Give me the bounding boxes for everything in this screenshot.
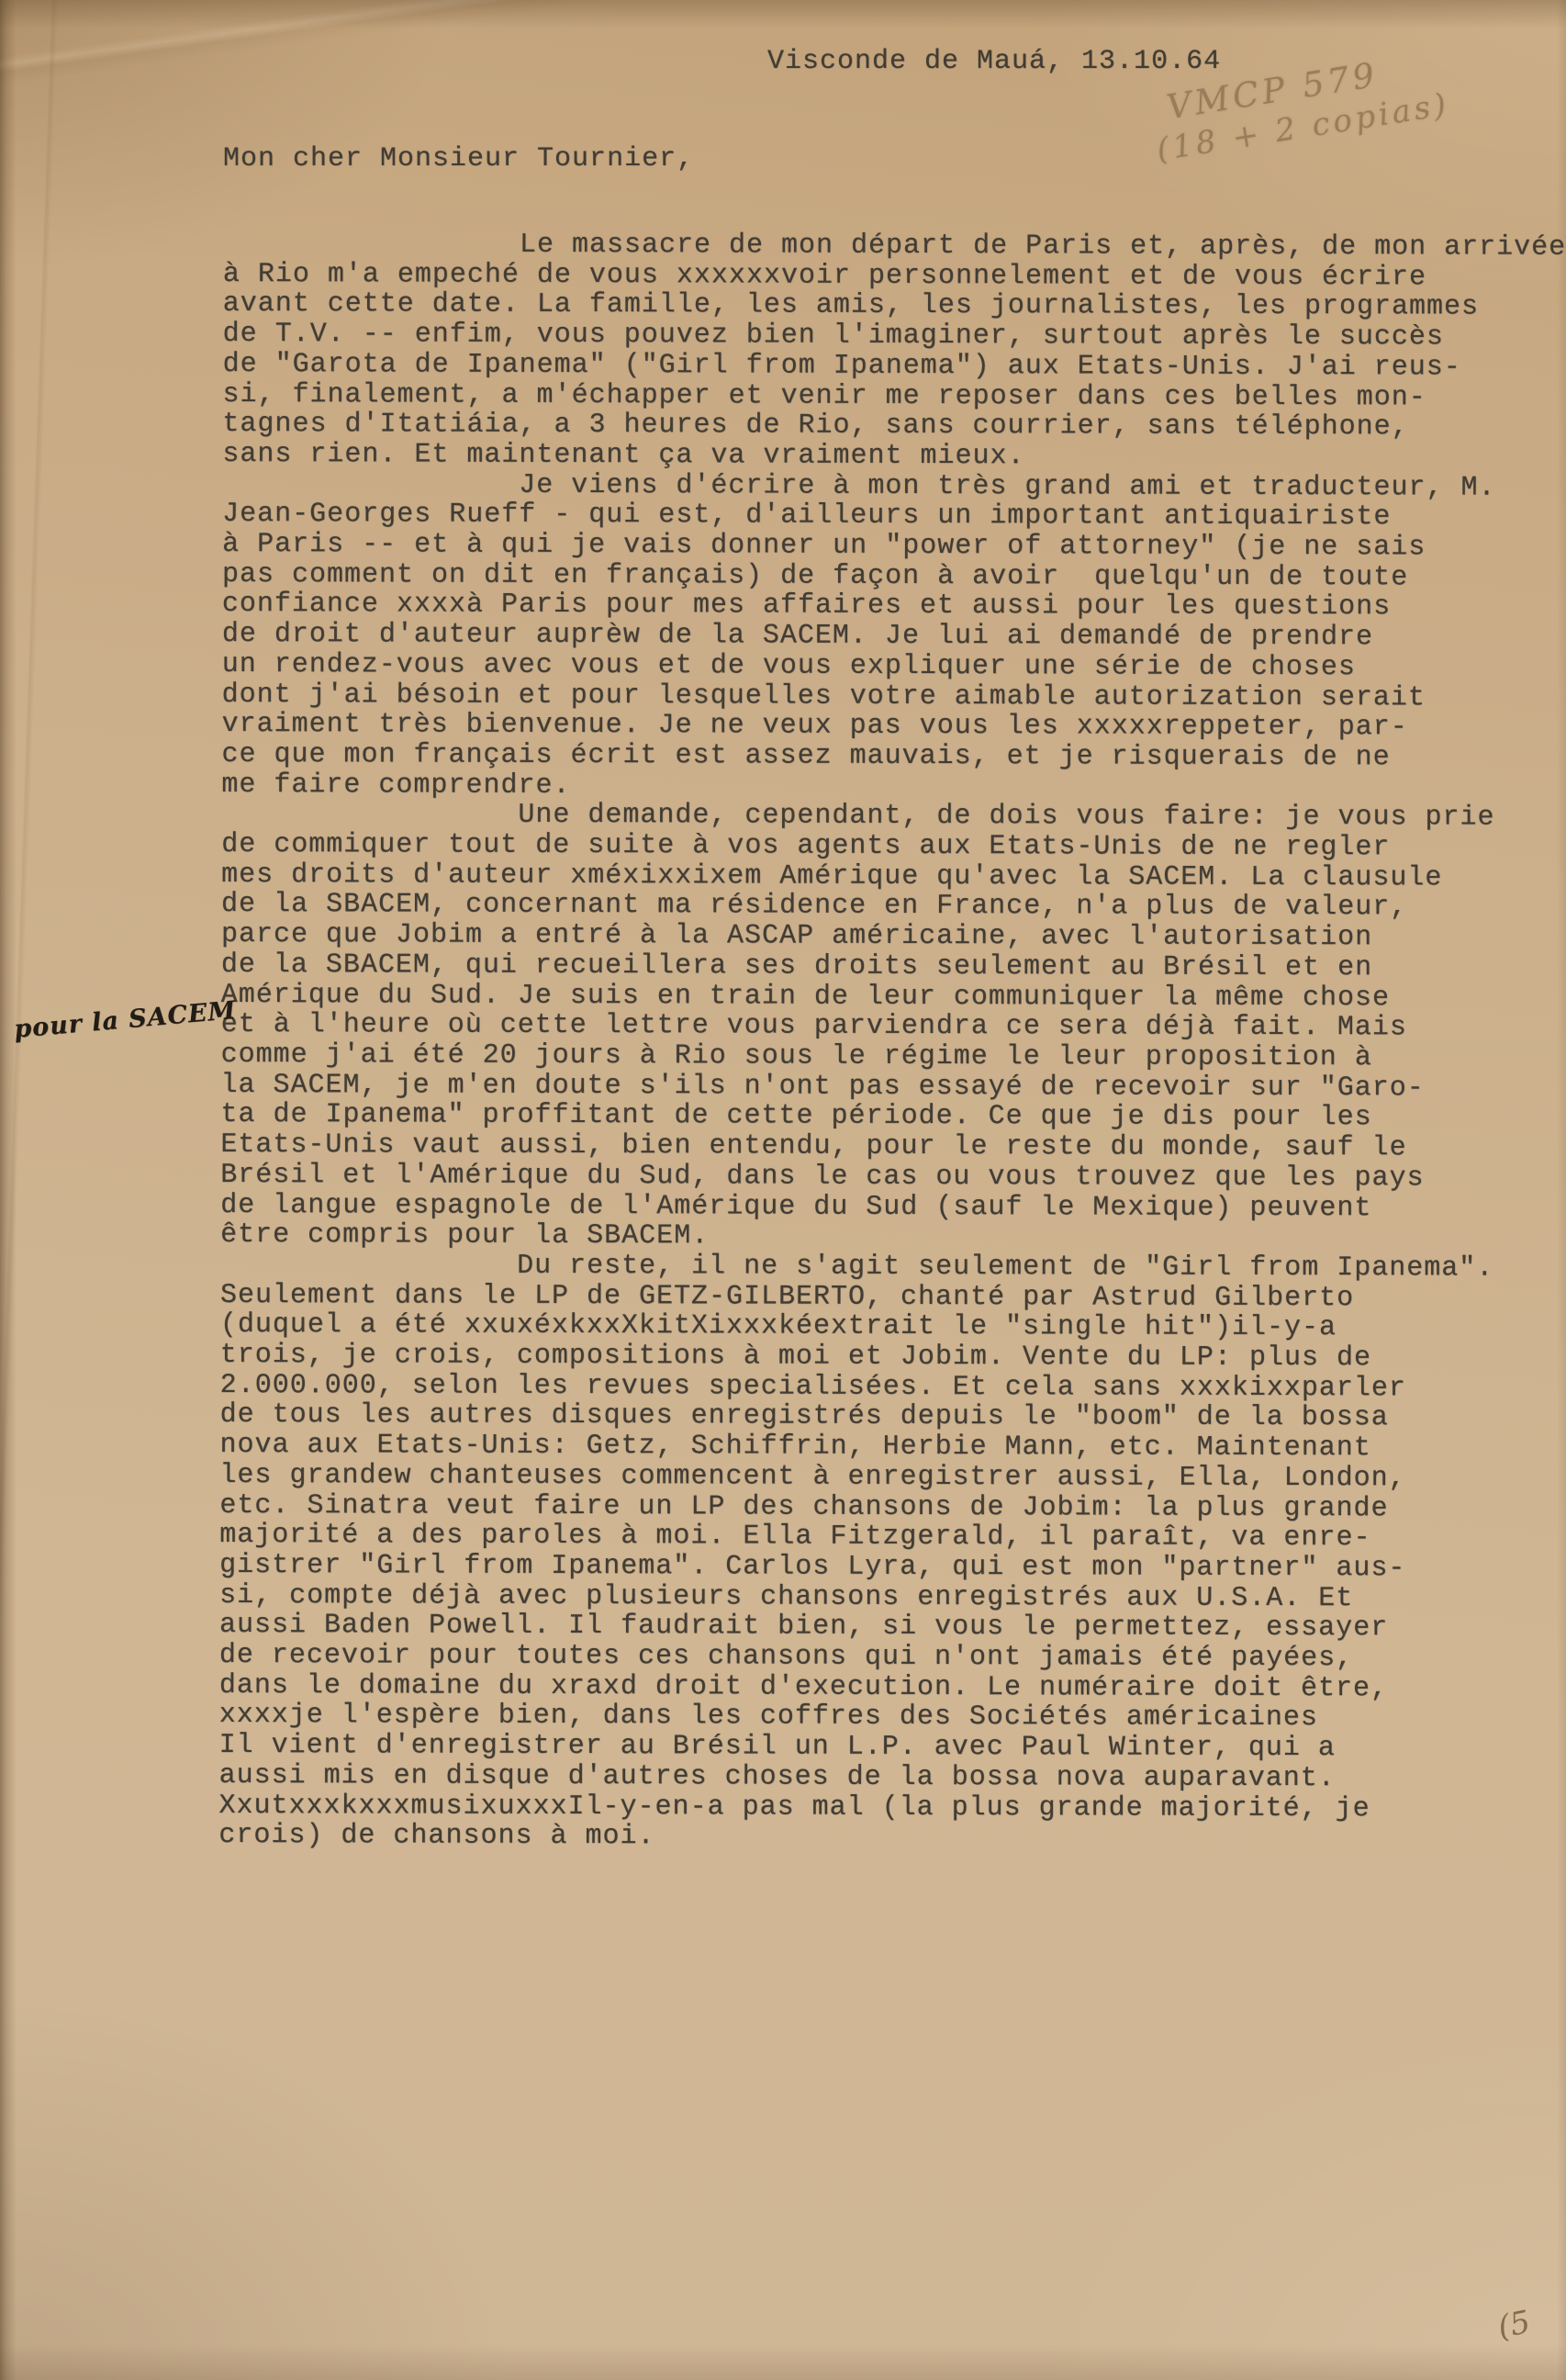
letter-scan-page: Visconde de Mauá, 13.10.64 VMCP 579 (18 … (0, 0, 1566, 2380)
typed-line: vraiment très bienvenue. Je ne veux pas … (222, 710, 1565, 744)
typed-line: de T.V. -- enfim, vous pouvez bien l'ima… (223, 320, 1566, 354)
typed-line: (duquel a été xxuxéxkxxXkitXixxxkéextrai… (220, 1310, 1563, 1344)
typed-line: me faire comprendre. (221, 770, 1564, 804)
typed-line: xxxxje l'espère bien, dans les coffres d… (219, 1701, 1562, 1734)
letter-body: Le massacre de mon départ de Paris et, a… (218, 230, 1566, 1855)
typed-line: un rendez-vous avec vous et de vous expl… (222, 650, 1565, 684)
typed-line: et à l'heure où cette lettre vous parvie… (221, 1010, 1564, 1044)
salutation: Mon cher Monsieur Tournier, (223, 143, 694, 174)
typed-line: dont j'ai bésoin et pour lesquelles votr… (222, 680, 1565, 714)
typed-line: aussi mis en disque d'autres choses de l… (219, 1761, 1562, 1795)
typed-line: de droit d'auteur auprèw de la SACEM. Je… (222, 620, 1565, 654)
margin-note-pour-la-sacem: pour la SACEM (13, 996, 237, 1044)
typed-line: nova aux Etats-Unis: Getz, Schiffrin, He… (219, 1431, 1562, 1465)
typed-line: ta de Ipanema" proffitant de cette pério… (220, 1100, 1563, 1134)
typed-line: de tous les autres disques enregistrés d… (220, 1400, 1563, 1434)
typed-line: Le massacre de mon départ de Paris et, a… (223, 230, 1566, 264)
typed-line: comme j'ai été 20 jours à Rio sous le ré… (221, 1040, 1564, 1074)
typed-line: Brésil et l'Amérique du Sud, dans le cas… (220, 1161, 1563, 1195)
typed-line: trois, je crois, compositions à moi et J… (220, 1341, 1563, 1375)
typed-line: mes droits d'auteur xméxixxixem Amérique… (221, 860, 1564, 894)
typed-line: de la SBACEM, concernant ma résidence en… (221, 890, 1564, 924)
typed-line: les grandew chanteuses commencent à enre… (219, 1461, 1562, 1495)
typed-line: la SACEM, je m'en doute s'ils n'ont pas … (221, 1071, 1564, 1105)
typed-line: pas comment on dit en français) de façon… (222, 560, 1565, 594)
dateline: Visconde de Mauá, 13.10.64 (767, 46, 1221, 77)
typed-line: ce que mon français écrit est assez mauv… (221, 740, 1564, 774)
typed-line: si, compte déjà avec plusieurs chansons … (219, 1581, 1562, 1615)
typed-line: Etats-Unis vaut aussi, bien entendu, pou… (220, 1130, 1563, 1164)
typed-line: crois) de chansons à moi. (218, 1821, 1561, 1855)
typed-line: être compris pour la SBACEM. (220, 1220, 1563, 1254)
typed-line: Jean-Georges Rueff - qui est, d'ailleurs… (222, 500, 1565, 533)
typed-line: Il vient d'enregistrer au Brésil un L.P.… (219, 1731, 1562, 1765)
typed-line: tagnes d'Itatiáia, a 3 heures de Rio, sa… (222, 410, 1565, 443)
typed-line: à Rio m'a empeché de vous xxxxxxvoir per… (223, 260, 1566, 294)
typed-line: de commiquer tout de suite à vos agents … (221, 830, 1564, 864)
typed-line: majorité a des paroles à moi. Ella Fitzg… (219, 1521, 1562, 1555)
page-corner-mark: (5 (1494, 2304, 1533, 2346)
typed-line: confiance xxxxà Paris pour mes affaires … (222, 589, 1565, 623)
typed-line: aussi Baden Powell. Il faudrait bien, si… (219, 1611, 1562, 1645)
typed-line: de langue espagnole de l'Amérique du Sud… (220, 1190, 1563, 1224)
typed-line: Je viens d'écrire à mon très grand ami e… (222, 470, 1565, 504)
typed-line: gistrer "Girl from Ipanema". Carlos Lyra… (219, 1551, 1562, 1585)
typed-line: dans le domaine du xraxd droit d'executi… (219, 1671, 1562, 1705)
typed-line: Amérique du Sud. Je suis en train de leu… (221, 981, 1564, 1015)
typed-line: sans rien. Et maintenant ça va vraiment … (222, 440, 1565, 474)
typed-line: parce que Jobim a entré à la ASCAP améri… (221, 920, 1564, 954)
typed-line: de recevoir pour toutes ces chansons qui… (219, 1641, 1562, 1675)
typed-line: Seulement dans le LP de GETZ-GILBERTO, c… (220, 1281, 1563, 1315)
typed-line: de la SBACEM, qui recueillera ses droits… (221, 950, 1564, 984)
typed-line: XxutxxxkxxxmusixuxxxIl-y-en-a pas mal (l… (218, 1791, 1561, 1825)
typed-line: Du reste, il ne s'agit seulement de "Gir… (220, 1251, 1563, 1285)
typed-line: si, finalement, a m'échapper et venir me… (222, 380, 1565, 414)
typed-line: Une demande, cependant, de dois vous fai… (221, 800, 1564, 834)
typed-line: avant cette date. La famille, les amis, … (223, 289, 1566, 323)
typed-line: etc. Sinatra veut faire un LP des chanso… (219, 1491, 1562, 1525)
typed-line: de "Garota de Ipanema" ("Girl from Ipane… (223, 350, 1566, 384)
typed-line: 2.000.000, selon les revues specialisées… (220, 1371, 1563, 1405)
typed-line: à Paris -- et à qui je vais donner un "p… (222, 530, 1565, 564)
